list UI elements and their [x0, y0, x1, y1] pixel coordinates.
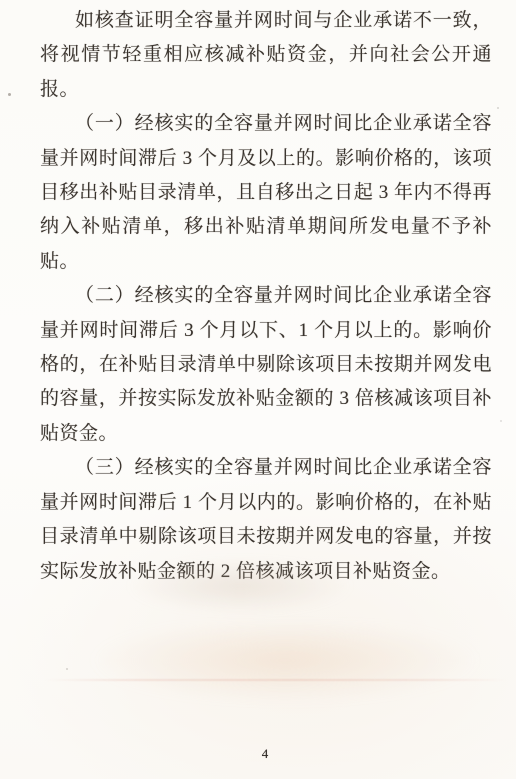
paragraph-item-2: （二）经核实的全容量并网时间比企业承诺全容量并网时间滞后 3 个月以下、1 个月…: [40, 279, 492, 451]
scan-speck: [8, 93, 11, 96]
scan-speck: [497, 107, 499, 109]
scanned-document-page: 如核查证明全容量并网时间与企业承诺不一致，将视情节轻重相应核减补贴资金，并向社会…: [0, 0, 516, 779]
page-number: 4: [240, 746, 290, 762]
scan-artifact-line: [45, 679, 507, 681]
scan-speck: [66, 668, 68, 670]
paragraph-item-1: （一）经核实的全容量并网时间比企业承诺全容量并网时间滞后 3 个月及以上的。影响…: [40, 107, 492, 279]
document-body: 如核查证明全容量并网时间与企业承诺不一致，将视情节轻重相应核减补贴资金，并向社会…: [40, 4, 492, 589]
scan-smudge: [95, 628, 475, 700]
paragraph-item-3: （三）经核实的全容量并网时间比企业承诺全容量并网时间滞后 1 个月以内的。影响价…: [40, 451, 492, 589]
paragraph-intro: 如核查证明全容量并网时间与企业承诺不一致，将视情节轻重相应核减补贴资金，并向社会…: [40, 4, 492, 107]
scan-speck: [500, 420, 502, 422]
